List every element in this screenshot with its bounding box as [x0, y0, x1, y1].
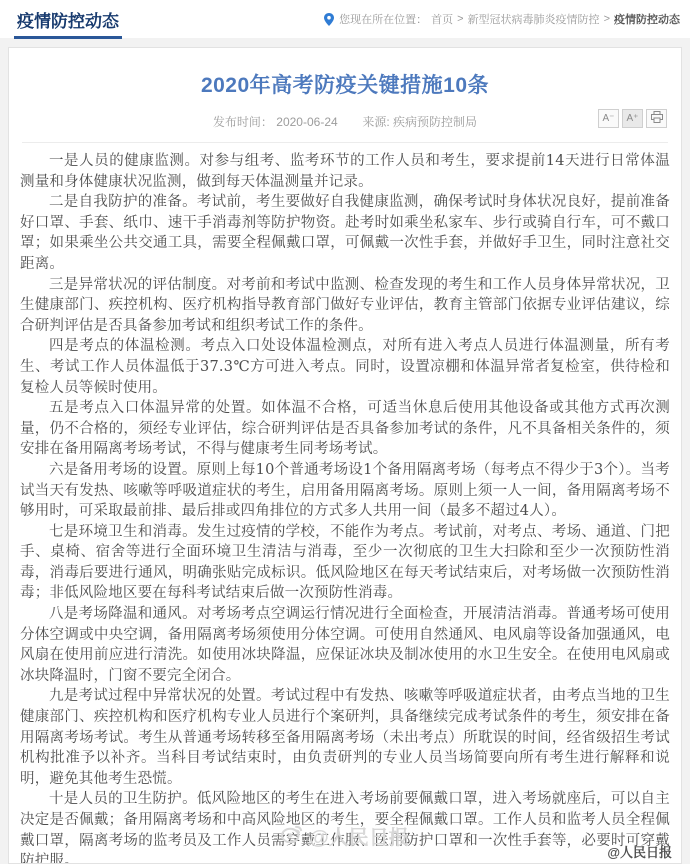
breadcrumb-prefix: 您现在所在位置：: [339, 11, 427, 27]
article-title: 2020年高考防疫关键措施10条: [20, 69, 670, 99]
source-label: 来源:: [362, 115, 389, 129]
paragraph-4: 四是考点的体温检测。考点入口处设体温检测点，对所有进入考点人员进行体温测量，所有…: [20, 336, 670, 398]
section-title-tab[interactable]: 疫情防控动态: [14, 0, 122, 39]
source-value: 疾病预防控制局: [393, 115, 477, 129]
paragraph-8: 八是考场降温和通风。对考场考点空调运行情况进行全面检查，开展清洁消毒。普通考场可…: [20, 604, 670, 686]
breadcrumb-separator: >: [604, 13, 610, 25]
article-meta: 发布时间： 2020-06-24 来源: 疾病预防控制局 A⁻ A⁺: [20, 113, 670, 130]
font-increase-button[interactable]: A⁺: [622, 109, 643, 128]
paragraph-7: 七是环境卫生和消毒。发生过疫情的学校，不能作为考点。考试前，对考点、考场、通道、…: [20, 522, 670, 604]
printer-icon: [651, 111, 663, 126]
article-card: 2020年高考防疫关键措施10条 发布时间： 2020-06-24 来源: 疾病…: [8, 47, 682, 864]
breadcrumb-current: 疫情防控动态: [614, 11, 680, 27]
article-toolbar: A⁻ A⁺: [598, 109, 667, 128]
breadcrumb-section[interactable]: 新型冠状病毒肺炎疫情防控: [468, 11, 600, 27]
publish-time-label: 发布时间：: [213, 115, 273, 129]
paragraph-9: 九是考试过程中异常状况的处置。考试过程中有发热、咳嗽等呼吸道症状者，由考点当地的…: [20, 686, 670, 789]
paragraph-2: 二是自我防护的准备。考试前，考生要做好自我健康监测，确保考试时身体状况良好，提前…: [20, 192, 670, 274]
paragraph-6: 六是备用考场的设置。原则上每10个普通考场设1个备用隔离考场（每考点不得少于3个…: [20, 460, 670, 522]
location-pin-icon: [324, 13, 334, 26]
breadcrumb-separator: >: [457, 13, 463, 25]
paragraph-10: 十是人员的卫生防护。低风险地区的考生在进入考场前要佩戴口罩，进入考场就座后，可以…: [20, 789, 670, 864]
divider: [22, 142, 668, 143]
page-header: 疫情防控动态 您现在所在位置： 首页 > 新型冠状病毒肺炎疫情防控 > 疫情防控…: [0, 0, 690, 38]
page: 疫情防控动态 您现在所在位置： 首页 > 新型冠状病毒肺炎疫情防控 > 疫情防控…: [0, 0, 690, 864]
breadcrumb-home[interactable]: 首页: [431, 11, 453, 27]
publish-date: 2020-06-24: [276, 115, 337, 129]
print-button[interactable]: [646, 109, 667, 128]
paragraph-5: 五是考点入口体温异常的处置。如体温不合格，可适当休息后使用其他设备或其他方式再次…: [20, 398, 670, 460]
font-decrease-button[interactable]: A⁻: [598, 109, 619, 128]
paragraph-1: 一是人员的健康监测。对参与组考、监考环节的工作人员和考生，要求提前14天进行日常…: [20, 151, 670, 192]
paragraph-3: 三是异常状况的评估制度。对考前和考试中监测、检查发现的考生和工作人员身体异常状况…: [20, 275, 670, 337]
breadcrumb: 您现在所在位置： 首页 > 新型冠状病毒肺炎疫情防控 > 疫情防控动态: [324, 11, 680, 27]
article-body: 一是人员的健康监测。对参与组考、监考环节的工作人员和考生，要求提前14天进行日常…: [20, 151, 670, 864]
